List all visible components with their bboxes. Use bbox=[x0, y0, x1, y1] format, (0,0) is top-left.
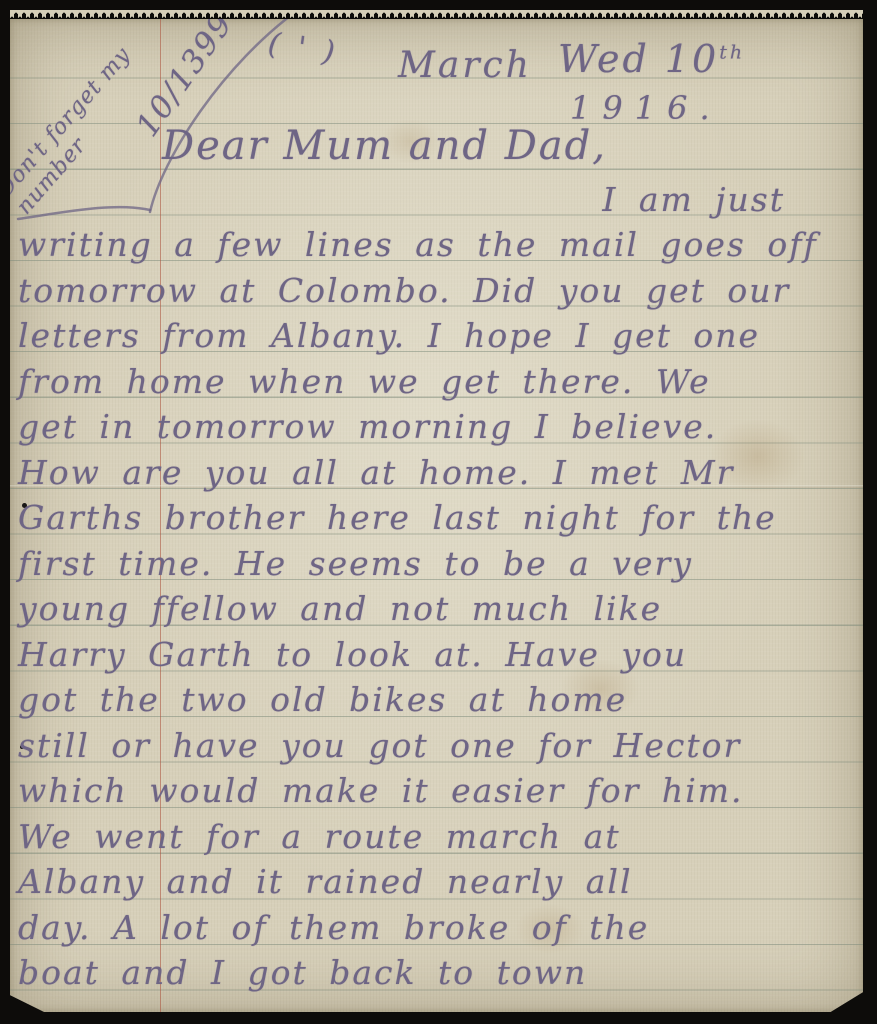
letter-line: Harry Garth to look at. Have you bbox=[18, 628, 855, 674]
letter-line: How are you all at home. I met Mr bbox=[18, 446, 855, 492]
letter-line: get in tomorrow morning I believe. bbox=[18, 401, 855, 447]
letter-line: Garths brother here last night for the bbox=[18, 492, 855, 538]
letter-line: tomorrow at Colombo. Did you get our bbox=[18, 264, 855, 310]
letter-page: Don't forget my number 10/1399. ( ' ) Ma… bbox=[10, 19, 863, 1012]
letter-line: still or have you got one for Hector bbox=[18, 719, 855, 765]
date-year: 1916. bbox=[570, 89, 722, 127]
letter-line: writing a few lines as the mail goes off bbox=[18, 219, 855, 265]
letter-line: day. A lot of them broke of the bbox=[18, 901, 855, 947]
letter-line: Albany and it rained nearly all bbox=[18, 856, 855, 902]
letter-line: I am just bbox=[18, 173, 855, 219]
letter-body: I am just writing a few lines as the mai… bbox=[18, 173, 855, 992]
letter-line: got the two old bikes at home bbox=[18, 674, 855, 720]
date-day: Wed 10th bbox=[558, 37, 745, 81]
letter-line: from home when we get there. We bbox=[18, 355, 855, 401]
torn-paper-edge bbox=[10, 10, 863, 19]
letter-line: boat and I got back to town bbox=[18, 947, 855, 993]
letter-line: letters from Albany. I hope I get one bbox=[18, 310, 855, 356]
date-day-suffix: th bbox=[719, 41, 745, 63]
letter-line: which would make it easier for him. bbox=[18, 765, 855, 811]
letter-line: first time. He seems to be a very bbox=[18, 537, 855, 583]
letter-line: We went for a route march at bbox=[18, 810, 855, 856]
date-day-number: Wed 10 bbox=[558, 37, 719, 81]
scan-background: { "document": { "type": "handwritten-let… bbox=[0, 0, 877, 1024]
stray-pen-mark: ( ' ) bbox=[266, 26, 341, 71]
date-month: March bbox=[398, 45, 532, 86]
letter-line: young ffellow and not much like bbox=[18, 583, 855, 629]
salutation: Dear Mum and Dad, bbox=[162, 123, 607, 169]
